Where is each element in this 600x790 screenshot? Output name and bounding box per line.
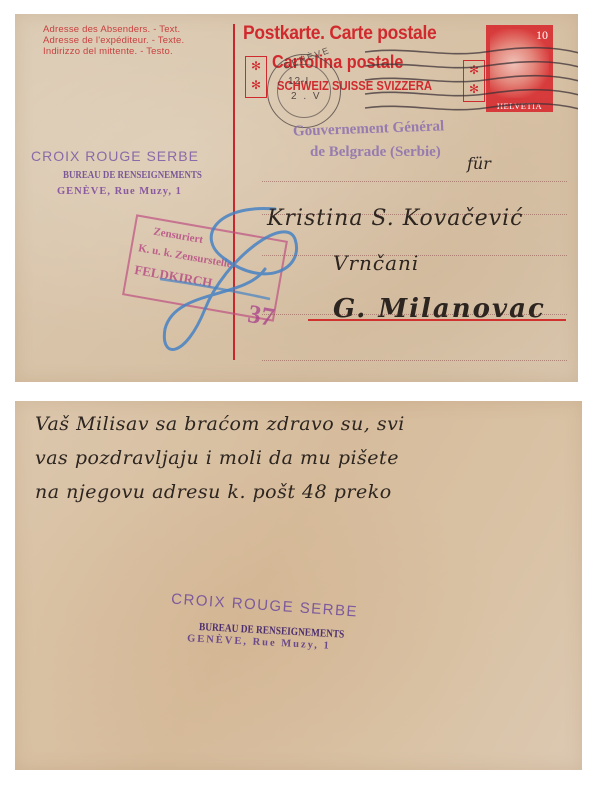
red-cross-stamp-title: CROIX ROUGE SERBE <box>171 590 359 620</box>
sender-header-it: Indirizzo del mittente. - Testo. <box>43 46 184 57</box>
address-prefix: für <box>467 154 491 173</box>
message-line: na njegovu adresu k. pošt 48 preko <box>35 481 392 503</box>
recipient-village: Vrnčani <box>333 251 419 275</box>
postcard-front: Adresse des Absenders. - Text. Adresse d… <box>15 14 578 382</box>
red-cross-stamp-title: CROIX ROUGE SERBE <box>31 148 199 164</box>
message-line: Vaš Milisav sa braćom zdravo su, svi <box>35 413 405 435</box>
postmark-time: 12-I <box>288 76 309 87</box>
message-line: vas pozdravljaju i moli da mu pišete <box>35 447 399 469</box>
edelweiss-ornament-icon: ✻✻ <box>245 56 267 98</box>
recipient-name: Kristina S. Kovačević <box>267 206 523 231</box>
government-stamp-line2: de Belgrade (Serbie) <box>310 144 441 161</box>
sender-address-header: Adresse des Absenders. - Text. Adresse d… <box>43 24 184 57</box>
red-cross-stamp-address: GENÈVE, Rue Muzy, 1 <box>57 186 182 197</box>
recipient-town: G. Milanovac <box>333 294 546 324</box>
sender-header-de: Adresse des Absenders. - Text. <box>43 24 184 35</box>
postcard-back: Vaš Milisav sa braćom zdravo su, svi vas… <box>15 401 582 770</box>
address-line <box>262 360 567 361</box>
address-line <box>262 181 567 182</box>
postmark: GENÈVE 12-I 2 . V <box>267 54 341 128</box>
sender-header-fr: Adresse de l'expéditeur. - Texte. <box>43 35 184 46</box>
wavy-cancellation-icon <box>355 34 578 124</box>
red-cross-stamp-bureau: BUREAU DE RENSEIGNEMENTS <box>63 170 202 181</box>
postmark-date: 2 . V <box>291 91 322 102</box>
